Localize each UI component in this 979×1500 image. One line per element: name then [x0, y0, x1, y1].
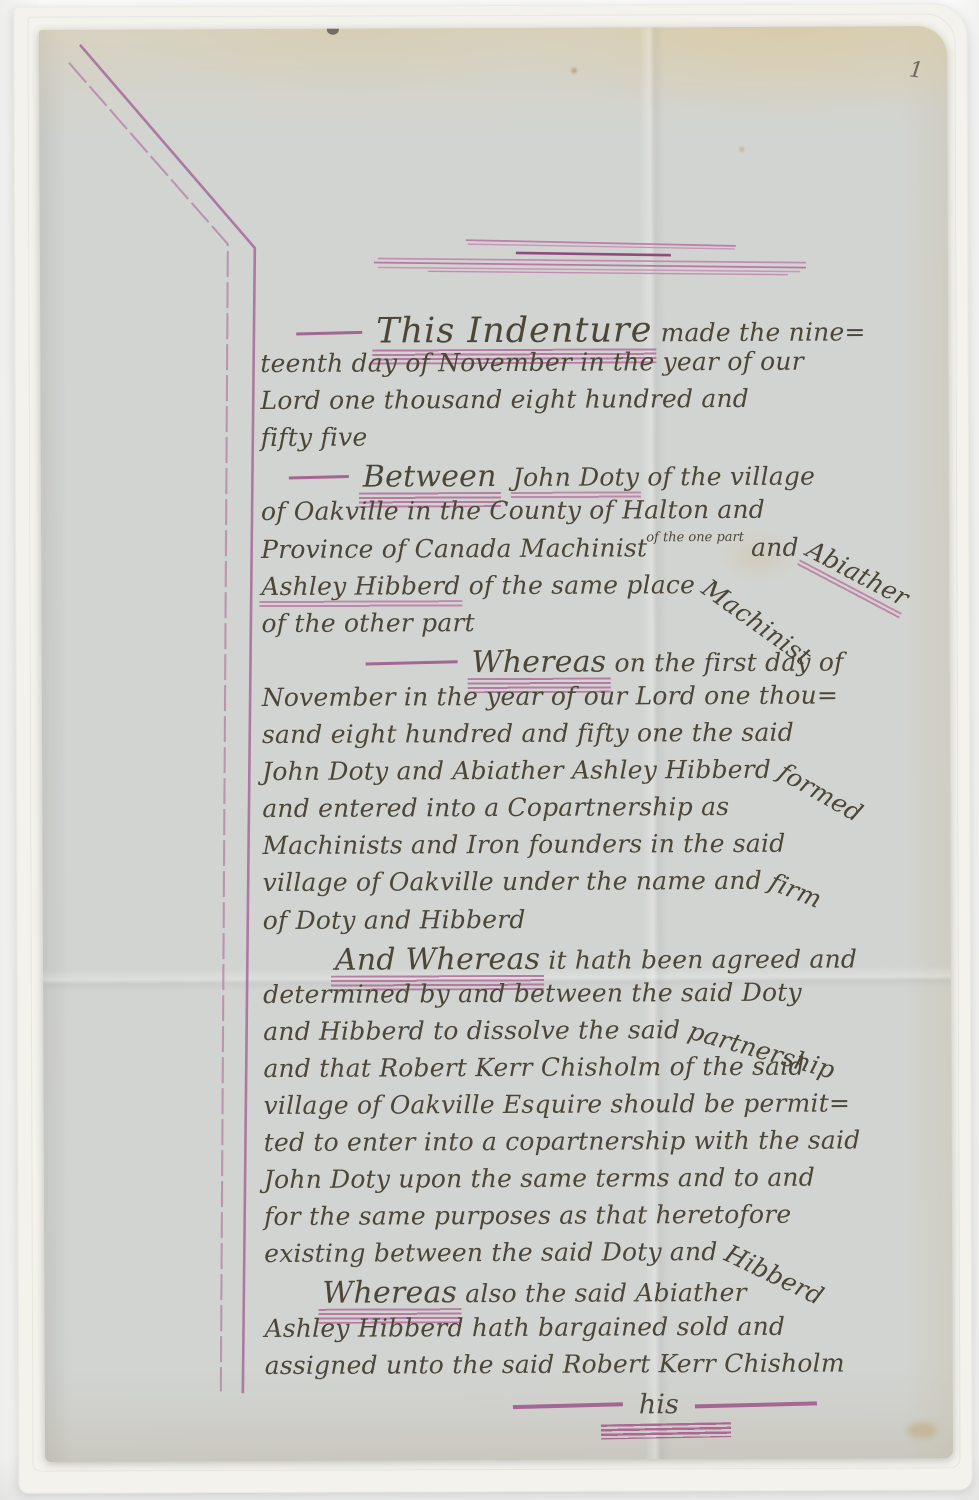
text-segment: and: [743, 532, 807, 561]
text-segment: Ashley Hibberd hath bargained sold and: [264, 1311, 785, 1342]
text-line: Machinists and Iron founders in the said: [262, 828, 953, 868]
text-segment: fifty five: [261, 423, 368, 452]
text-line: village of Oakville under the name and f…: [263, 865, 954, 905]
text-segment: assigned unto the said Robert Kerr Chish…: [265, 1348, 845, 1380]
text-line: ted to enter into a copartnership with t…: [264, 1125, 953, 1165]
text-line: existing between the said Doty and Hibbe…: [264, 1236, 953, 1276]
text-segment: made the nine=: [652, 317, 865, 347]
text-line: John Doty upon the same terms and to and: [264, 1162, 953, 1202]
text-segment: Between: [363, 459, 497, 495]
header-flourish-line: [374, 261, 806, 270]
catchword: his: [639, 1389, 679, 1420]
text-segment: and entered into a Copartnership as: [262, 792, 729, 823]
text-segment: Ashley Hibberd: [261, 571, 460, 601]
margin-rule-inner: [69, 62, 233, 1392]
photo-background: 1 This Indenture made the nine=teenth da…: [0, 0, 979, 1500]
catchword-dash-left: [513, 1402, 623, 1408]
text-line: teenth day of November in the year of ou…: [260, 346, 953, 386]
text-segment: village of Oakville Esquire should be pe…: [264, 1088, 851, 1120]
text-line: fifty five: [261, 420, 954, 460]
text-line: sand eight hundred and fifty one the sai…: [262, 717, 953, 757]
page-number-mark: 1: [908, 57, 925, 83]
text-line: Whereas also the said Abiather: [264, 1273, 953, 1313]
text-line: This Indenture made the nine=: [260, 309, 953, 349]
text-line: for the same purposes as that heretofore: [264, 1199, 953, 1239]
text-segment: Whereas: [472, 644, 607, 680]
text-segment: John Doty: [513, 463, 639, 493]
text-line: Ashley Hibberd hath bargained sold and: [264, 1310, 953, 1350]
text-segment: of Oakville in the County of Halton and: [261, 495, 765, 526]
text-segment: determined by and between the said Doty: [263, 977, 802, 1008]
text-segment: and that Robert Kerr Chisholm of the sai…: [263, 1052, 804, 1083]
text-segment: and Hibberd to dissolve the said: [263, 1015, 688, 1046]
text-segment: Province of Canada Machinist: [261, 533, 647, 564]
text-line: November in the year of our Lord one tho…: [262, 680, 953, 720]
text-segment: Machinists and Iron founders in the said: [262, 829, 785, 860]
catchword-row: his: [513, 1389, 817, 1421]
text-line: determined by and between the said Doty: [263, 977, 953, 1017]
text-line: of the other part: [261, 606, 953, 646]
text-line: and that Robert Kerr Chisholm of the sai…: [263, 1051, 953, 1091]
text-segment: also the said Abiather: [457, 1278, 747, 1308]
flourish-dash: [366, 660, 458, 665]
catchword-dash-right: [695, 1401, 817, 1408]
text-segment: Whereas: [322, 1276, 457, 1312]
text-segment: [497, 463, 513, 492]
text-segment: it hath been agreed and: [540, 944, 857, 974]
text-line: assigned unto the said Robert Kerr Chish…: [265, 1348, 953, 1388]
text-line: Between John Doty of the village: [261, 457, 953, 497]
text-segment: of Doty and Hibberd: [263, 904, 526, 934]
text-segment: on the first day of: [606, 647, 843, 677]
header-flourish-line: [466, 239, 736, 247]
header-flourish-line: [378, 257, 806, 265]
text-segment: sand eight hundred and fifty one the sai…: [262, 718, 794, 749]
text-segment: existing between the said Doty and: [264, 1237, 726, 1268]
text-line: village of Oakville Esquire should be pe…: [264, 1088, 954, 1128]
text-line: Province of Canada Machinistof the one p…: [261, 532, 953, 572]
text-segment: Lord one thousand eight hundred and: [260, 384, 749, 415]
header-flourish-line: [428, 270, 788, 277]
text-segment: for the same purposes as that heretofore: [264, 1200, 791, 1231]
text-line: of Oakville in the County of Halton and: [261, 494, 953, 534]
text-segment: And Whereas: [335, 941, 540, 977]
header-flourish-line: [378, 266, 800, 274]
text-line: Whereas on the first day of: [262, 643, 954, 683]
text-line: and Hibberd to dissolve the said partner…: [263, 1014, 953, 1054]
text-line: and entered into a Copartnership as: [262, 791, 953, 831]
text-segment: This Indenture: [376, 310, 652, 351]
foxing-stain: [571, 68, 577, 74]
text-segment: ted to enter into a copartnership with t…: [264, 1125, 861, 1157]
manuscript-page: 1 This Indenture made the nine=teenth da…: [39, 26, 953, 1462]
text-line: Ashley Hibberd of the same place Machini…: [261, 569, 953, 609]
text-line: And Whereas it hath been agreed and: [263, 940, 953, 980]
foxing-stain: [739, 147, 744, 152]
text-segment: of the village: [639, 462, 815, 492]
foxing-stain: [907, 1422, 937, 1438]
header-flourish-line: [468, 243, 735, 250]
text-segment: village of Oakville under the name and: [263, 866, 771, 897]
text-line: John Doty and Abiather Ashley Hibberd fo…: [262, 754, 953, 794]
text-segment: of the same place: [460, 570, 703, 600]
catchword-flourish: [601, 1422, 731, 1439]
text-segment: John Doty upon the same terms and to and: [264, 1163, 815, 1194]
text-segment: of the other part: [261, 608, 474, 638]
text-segment: teenth day of November in the year of ou…: [260, 347, 804, 378]
manuscript-text: This Indenture made the nine=teenth day …: [260, 309, 953, 1388]
margin-rule-outer: [80, 44, 260, 1394]
text-line: of Doty and Hibberd: [263, 902, 953, 942]
text-segment: of the one part: [646, 529, 744, 544]
text-segment: November in the year of our Lord one tho…: [262, 680, 838, 712]
flourish-dash: [296, 331, 362, 336]
text-line: Lord one thousand eight hundred and: [260, 383, 953, 423]
flourish-dash: [289, 475, 349, 480]
text-segment: John Doty and Abiather Ashley Hibberd: [262, 755, 779, 786]
